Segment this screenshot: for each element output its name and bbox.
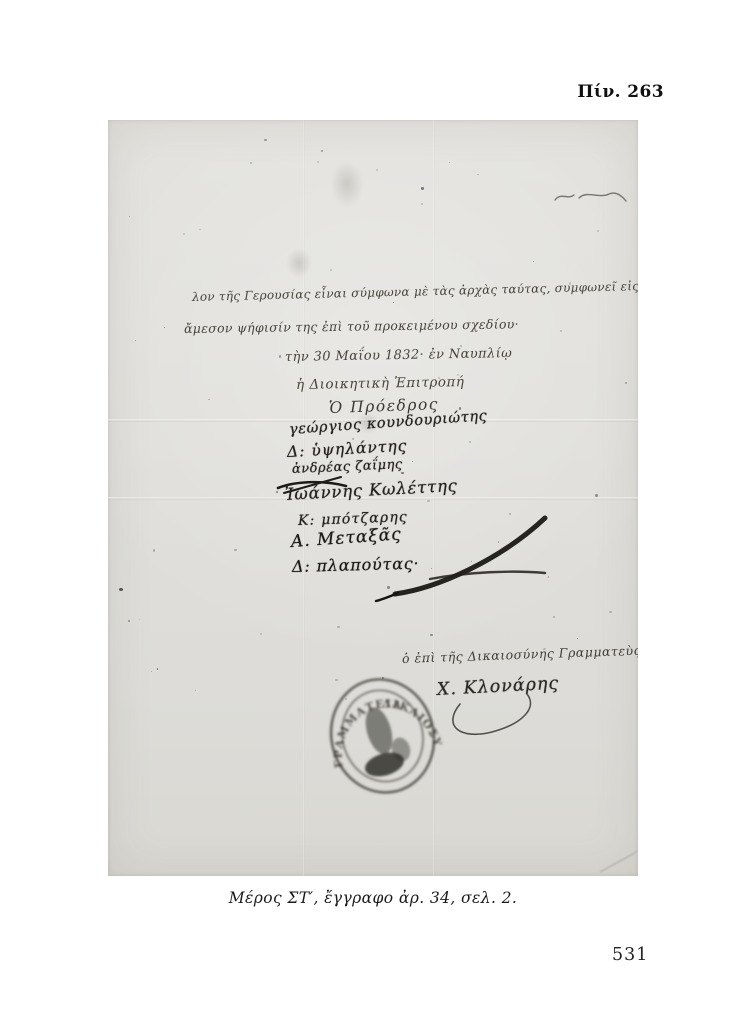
ink-speck bbox=[153, 549, 156, 552]
ink-speck bbox=[279, 355, 281, 357]
ink-speck bbox=[199, 229, 201, 231]
signature-flourish bbox=[453, 694, 531, 734]
fold-crease-vertical bbox=[433, 120, 435, 876]
ink-speck bbox=[449, 162, 451, 164]
ink-speck bbox=[577, 638, 578, 639]
seal-figure bbox=[361, 704, 397, 757]
ink-speck bbox=[264, 139, 267, 142]
ink-speck bbox=[128, 620, 130, 622]
manuscript-body-line: ἄμεσον ψήφισίν της ἐπὶ τοῦ προκειμένου σ… bbox=[184, 316, 519, 336]
seal-arc-text-right: ΔΙΚΑΙΟΣΥΝΗΣ bbox=[300, 652, 444, 780]
ink-speck bbox=[183, 233, 185, 235]
secretary-title: ὁ ἐπὶ τῆς Δικαιοσύνης Γραμματεὺς bbox=[402, 643, 638, 666]
ink-speck bbox=[595, 494, 598, 497]
seal-outer-ring bbox=[318, 667, 447, 805]
signature: Δ: πλαπούτας· bbox=[292, 554, 420, 576]
ink-speck bbox=[427, 500, 429, 502]
ink-speck bbox=[553, 616, 555, 618]
ink-speck bbox=[609, 611, 611, 613]
ink-speck bbox=[625, 382, 627, 384]
ink-speck bbox=[477, 174, 478, 175]
ink-speck bbox=[250, 162, 252, 164]
seal-arc-text-left: ΓΡΑΜΜΑΤΕΙΑ bbox=[317, 691, 417, 771]
ink-speck bbox=[317, 161, 320, 164]
ink-speck bbox=[597, 230, 599, 232]
ink-dot bbox=[119, 588, 123, 591]
signature: ἀνδρέας ζαΐμης bbox=[292, 457, 403, 477]
ink-speck bbox=[533, 261, 534, 262]
ink-speck bbox=[382, 677, 384, 679]
ink-speck bbox=[548, 576, 549, 577]
ink-speck bbox=[430, 634, 432, 636]
ink-speck bbox=[234, 549, 236, 551]
ink-speck bbox=[471, 561, 473, 563]
figure-caption: Μέρος ΣΤ′, ἔγγραφο ἀρ. 34, σελ. 2. bbox=[108, 889, 638, 907]
ink-speck bbox=[276, 491, 278, 493]
ink-speck bbox=[139, 619, 141, 621]
signature: Ἰωάννης Κωλέττης bbox=[285, 476, 459, 504]
signature-flourish bbox=[376, 593, 398, 601]
ink-speck bbox=[164, 327, 165, 328]
pen-scribble bbox=[555, 193, 626, 201]
ink-speck bbox=[157, 668, 158, 669]
ink-speck bbox=[321, 150, 323, 152]
ink-speck bbox=[135, 340, 136, 341]
ink-speck bbox=[412, 461, 413, 462]
ink-speck bbox=[260, 633, 262, 635]
ink-speck bbox=[337, 626, 339, 628]
ink-speck bbox=[421, 187, 423, 189]
manuscript-date-line: τὴν 30 Μαΐου 1832· ἐν Ναυπλίῳ bbox=[285, 346, 512, 365]
ink-speck bbox=[376, 169, 378, 171]
seal-inner-ring bbox=[331, 681, 433, 791]
page-number: 531 bbox=[612, 945, 648, 965]
ink-speck bbox=[335, 679, 338, 682]
ink-speck bbox=[469, 441, 471, 443]
paper-stain bbox=[330, 160, 364, 208]
ink-speck bbox=[208, 399, 209, 400]
manuscript-photo: λον τῆς Γερουσίας εἶναι σύμφωνα μὲ τὰς ἀ… bbox=[108, 120, 638, 876]
corner-crease bbox=[600, 850, 638, 872]
signature-underline bbox=[430, 572, 545, 579]
official-seal-stamp: ΓΡΑΜΜΑΤΕΙΑ ΔΙΚΑΙΟΣΥΝΗΣ bbox=[300, 652, 463, 815]
manuscript-body-line: λον τῆς Γερουσίας εἶναι σύμφωνα μὲ τὰς ἀ… bbox=[192, 277, 638, 304]
seal-ink-blot bbox=[362, 748, 407, 780]
book-page: { "page": { "plate_label": "Πίν. 263", "… bbox=[0, 0, 743, 1027]
ink-speck bbox=[330, 269, 332, 271]
ink-speck bbox=[345, 698, 347, 700]
ink-speck bbox=[129, 216, 130, 217]
secretary-signature: Χ. Κλονάρης bbox=[436, 674, 559, 700]
svg-text:ΓΡΑΜΜΑΤΕΙΑ ΔΙΚΑΙΟΣΥΝΗΣ: ΓΡΑΜΜΑΤΕΙΑ ΔΙΚΑΙΟΣΥΝΗΣ bbox=[300, 652, 445, 781]
ink-speck bbox=[431, 568, 433, 570]
ink-speck bbox=[509, 513, 511, 515]
ink-speck bbox=[387, 586, 389, 588]
ink-speck bbox=[151, 671, 153, 673]
ink-speck bbox=[393, 302, 395, 304]
ink-speck bbox=[498, 541, 499, 542]
seal-ink-blot bbox=[389, 735, 413, 763]
ink-speck bbox=[421, 203, 423, 205]
paper-stain bbox=[286, 248, 312, 278]
ink-speck bbox=[195, 690, 196, 691]
ink-speck bbox=[560, 330, 562, 332]
plate-label: Πίν. 263 bbox=[577, 82, 664, 102]
manuscript-committee-line: ἡ Διοικητικὴ Ἐπιτροπή bbox=[296, 374, 465, 393]
